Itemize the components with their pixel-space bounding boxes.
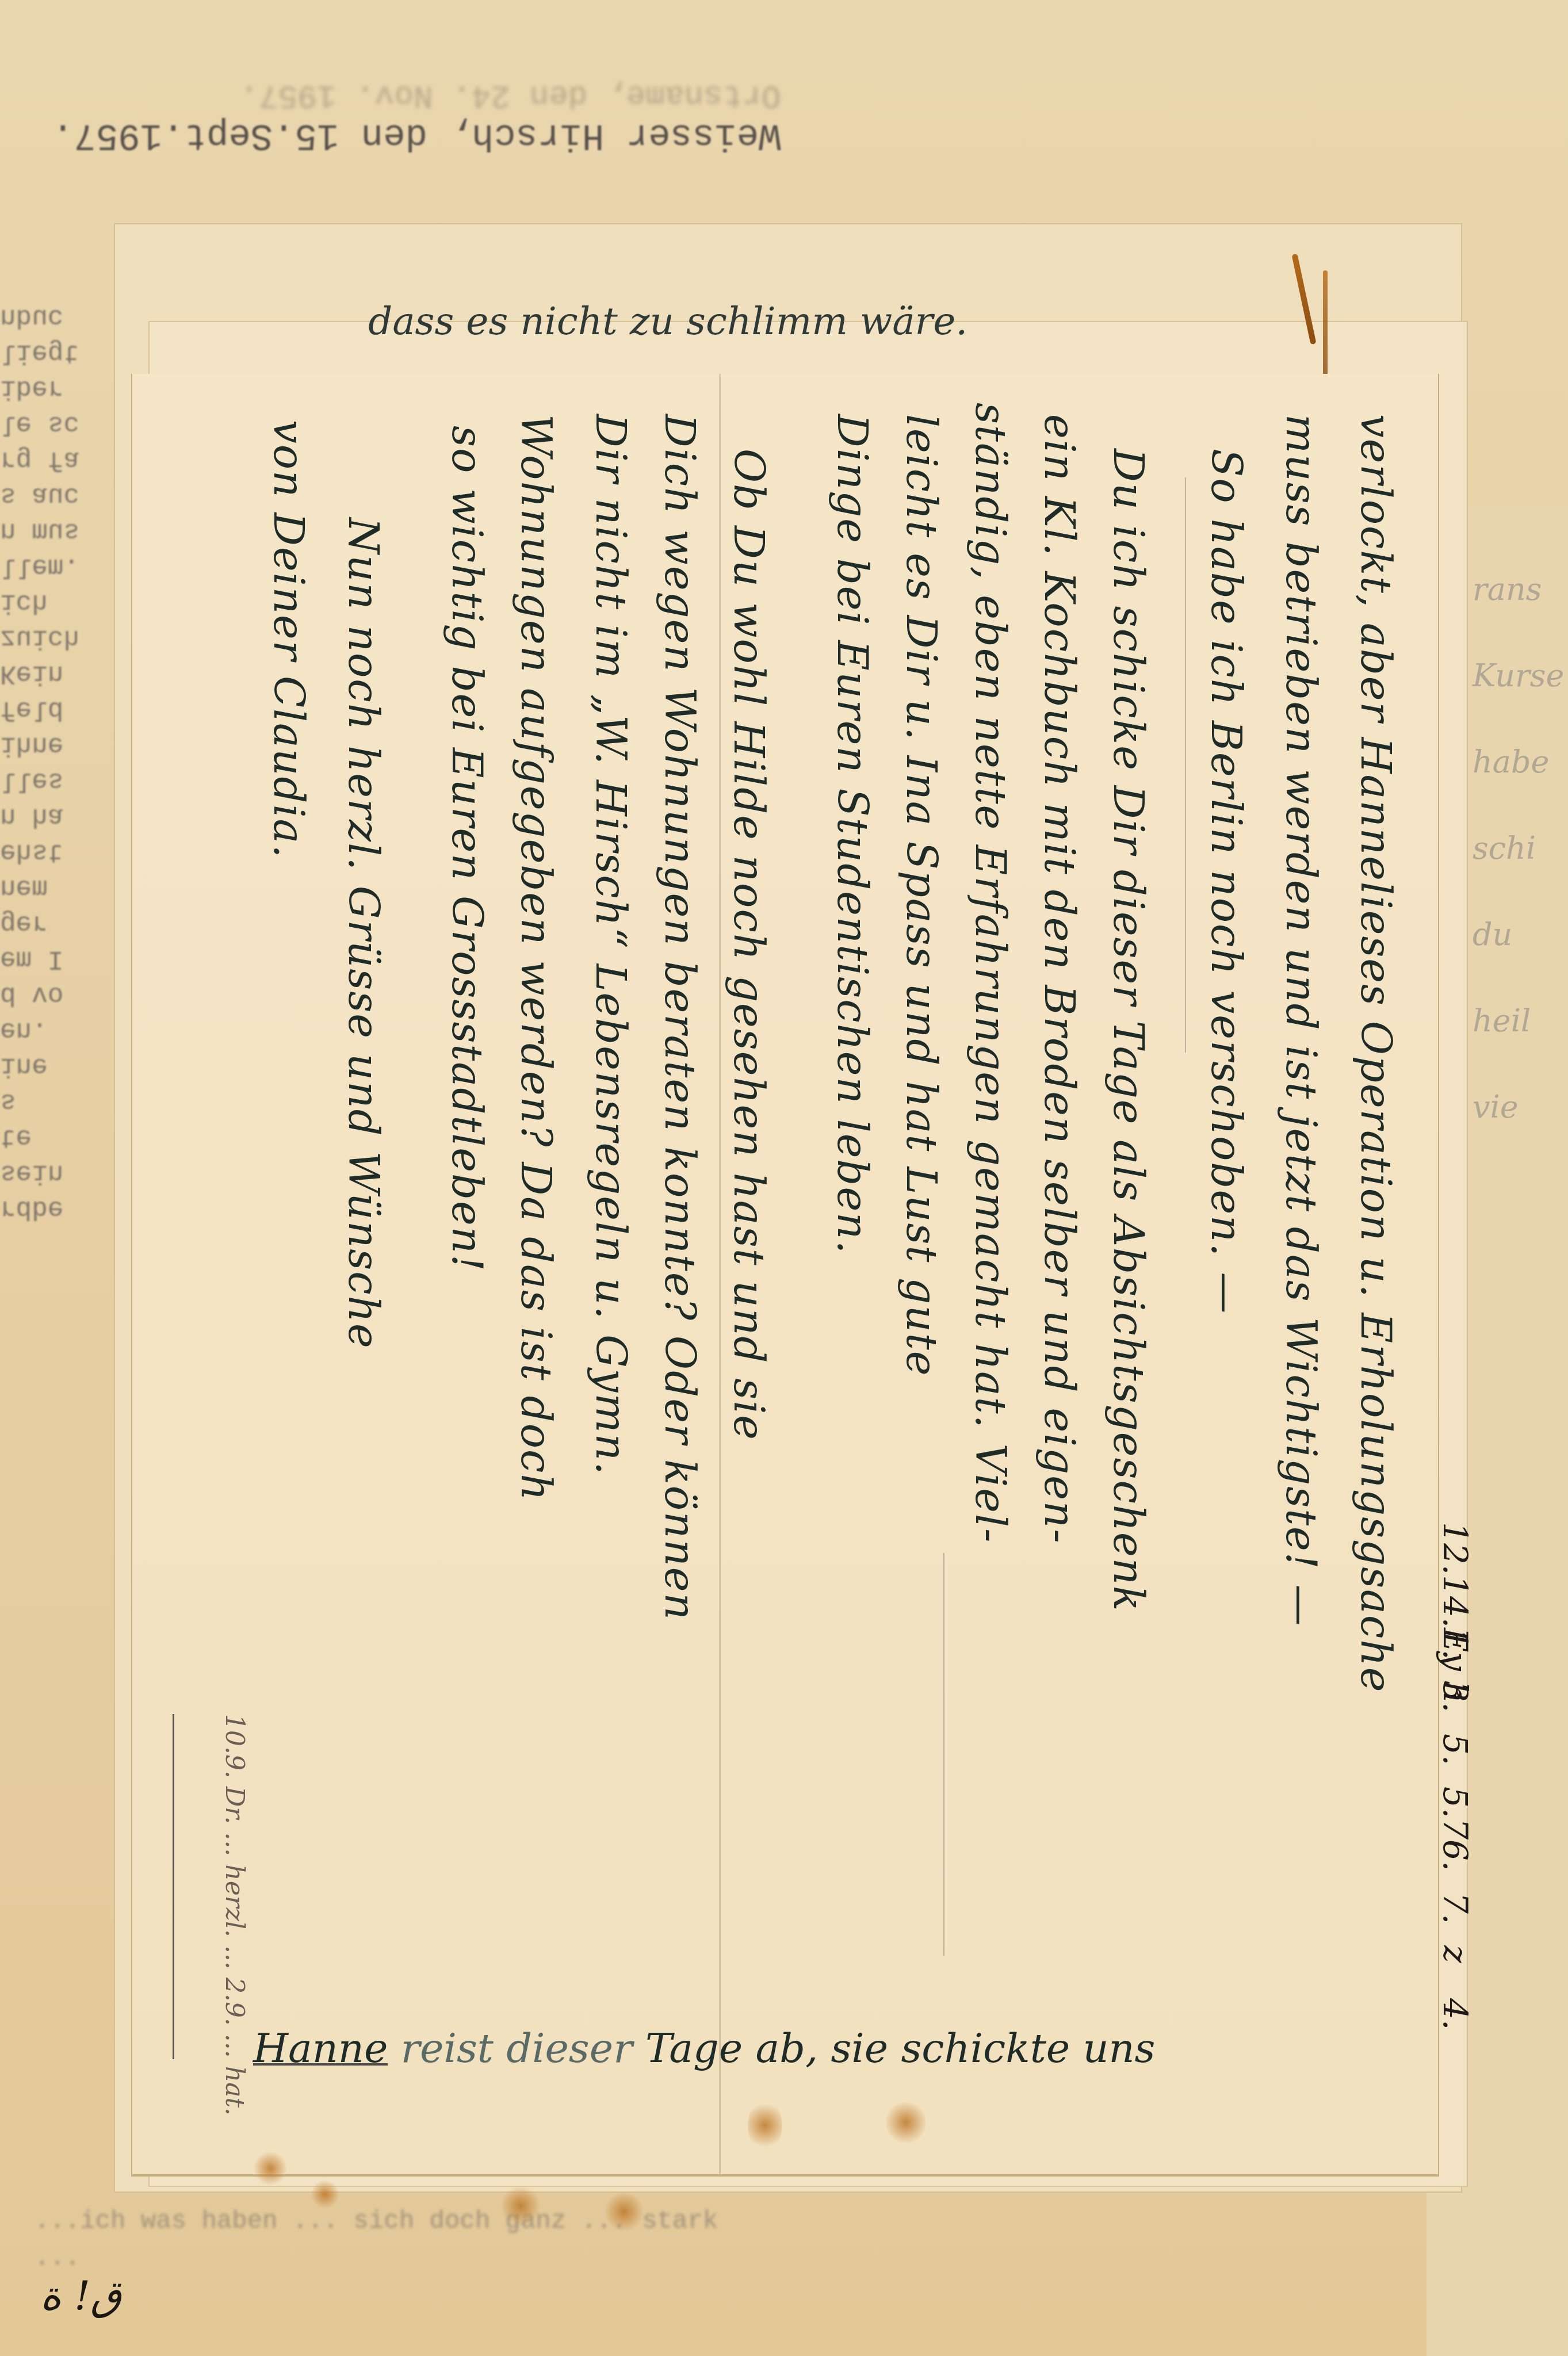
rust-spot [886,2099,926,2145]
margin-annotation: 10.9. Dr. ... herzl. ... 2.9. ... hat. [173,1714,249,2059]
pencil-fragment: habe [1473,719,1565,805]
typed-fragment: ine [0,1048,115,1084]
rust-spot [604,2191,644,2232]
typed-fragment: nbuc [0,299,115,335]
typed-fragment: s [0,1084,115,1119]
rust-spot [748,2099,782,2151]
typed-fragment: ihne [0,727,115,763]
pencil-fragment: heil [1473,978,1565,1064]
closing-line: Hanne reist dieser Tage ab, sie schickte… [253,2025,1156,2072]
pencil-fragment: schi [1473,805,1565,892]
typed-fragment: ger [0,905,115,941]
letter-line: ein Kl. Kochbuch mit den Broden selber u… [1035,414,1084,1544]
pencil-fragment: rans [1473,546,1565,633]
pencil-fragment: Kurse [1473,633,1565,719]
letter-line: so wichtig bei Euren Grossstadtleben! [443,426,491,1272]
letter-line: von Deiner Claudia. [265,420,313,859]
rust-spot [500,2186,541,2226]
typed-fragment: nem [0,870,115,905]
typed-fragment: zuich [0,620,115,656]
typed-fragment: en. [0,1012,115,1048]
pencil-fragment: vie [1473,1064,1565,1150]
ink-note: 4. [1429,1998,1482,2111]
typed-fragment: Kein [0,656,115,691]
typed-letter-left-edge: nbuc liegt iber le sc rg fa s auc n mus … [0,299,115,1622]
letter-line: muss betrieben werden und ist jetzt das … [1277,414,1325,1627]
handwritten-letter-body: verlockt, aber Hannelieses Operation u. … [173,403,1409,2128]
typed-fragment: iber [0,370,115,406]
rust-spot [253,2151,288,2186]
typed-fragment: ... [35,2240,1012,2277]
typed-date-line: Weisser Hirsch, den 15.Sept.1957. [52,114,781,155]
typed-fragment: feld [0,691,115,727]
right-sheet-pencil-text: rans Kurse habe schi du heil vie [1473,546,1565,1150]
typed-fragment: lles [0,763,115,798]
letter-line: Du ich schicke Dir dieser Tage als Absic… [1104,449,1153,1612]
right-sheet-ink-notes: 12. 14.1. Ey h 3. 5. 5.7 6. 7. z 4. [1455,1496,1568,2025]
letter-line: Dir nicht im „W. Hirsch“ Lebensregeln u.… [587,414,635,1476]
typed-letter-header: Weisser Hirsch, den 15.Sept.1957. Ortsna… [52,77,781,155]
middle-sheet-top-line: dass es nicht zu schlimm wäre. [368,299,967,343]
typed-fragment: rdbe [0,1191,115,1226]
typed-fragment: s auc [0,477,115,513]
typed-fragment: ehst [0,834,115,870]
letter-line: verlockt, aber Hannelieses Operation u. … [1352,414,1400,1693]
letter-line: ständig, eben nette Erfahrungen gemacht … [966,403,1015,1543]
typed-fragment: te [0,1119,115,1155]
typed-date-line-faint: Ortsname, den 24. Nov. 1957. [121,77,781,114]
typed-fragment: d vo [0,977,115,1012]
typed-fragment: llem. [0,549,115,584]
letter-line: Nun noch herzl. Grüsse und Wünsche [339,518,388,1349]
letter-line: Ob Du wohl Hilde noch gesehen hast und s… [725,449,773,1441]
letter-line: Wohnungen aufgegeben werden? Da das ist … [512,414,560,1502]
typed-fragment: em I [0,941,115,977]
pencil-fragment: du [1473,892,1565,978]
bottom-left-ink-note: ق! ة [40,2272,121,2319]
typed-fragment: ich [0,584,115,620]
typed-fragment: rg fa [0,442,115,477]
letter-line: So habe ich Berlin noch verschoben. — [1202,449,1250,1314]
typed-fragment: liegt [0,335,115,370]
closing-faint-text: reist dieser [401,2025,633,2072]
letter-line: leicht es Dir u. Ina Spass und hat Lust … [897,414,946,1376]
closing-text: Tage ab, sie schickte uns [645,2025,1156,2072]
typed-fragment: le sc [0,406,115,442]
typed-fragment: n ha [0,798,115,834]
letter-line: Dich wegen Wohnungen beraten konnte? Ode… [656,414,704,1621]
typed-fragment: n mus [0,513,115,549]
closing-name: Hanne [253,2025,388,2072]
typed-fragment: sein [0,1155,115,1191]
photo-scene: Weisser Hirsch, den 15.Sept.1957. Ortsna… [0,0,1568,2356]
letter-line: Dinge bei Euren Studentischen leben. [828,414,877,1255]
rust-spot [311,2180,339,2209]
rust-streak [1323,270,1328,385]
